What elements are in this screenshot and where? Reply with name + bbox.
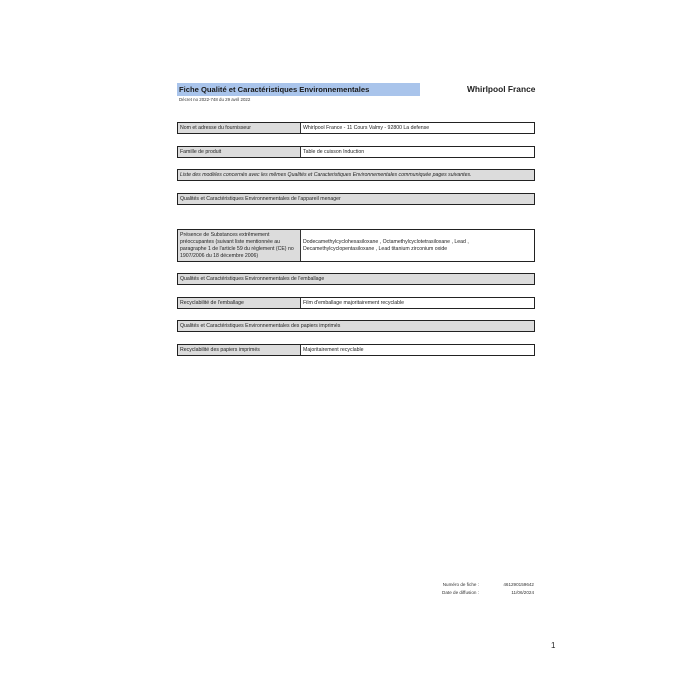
sheet-number-label: Numéro de fiche : [437,581,479,589]
packaging-section-header: Qualités et Caractéristiques Environneme… [177,273,535,285]
supplier-value: Whirlpool France - 11 Cours Valmy - 9280… [301,123,534,133]
decree-reference: Décret no 2022-748 du 29 avril 2022 [179,97,250,102]
substances-value: Dodecamethylcyclohexasiloxane , Octameth… [301,230,534,261]
packaging-label: Recyclabilité de l'emballage [178,298,301,308]
product-family-value: Table de cuisson Induction [301,147,534,157]
papers-label: Recyclabilité des papiers imprimés [178,345,301,355]
substances-row: Présence de Substances extrêmement préoc… [177,229,535,262]
supplier-row: Nom et adresse du fournisseur Whirlpool … [177,122,535,134]
footer-labels: Numéro de fiche : Date de diffusion : [437,581,479,597]
supplier-label: Nom et adresse du fournisseur [178,123,301,133]
papers-section-header: Qualités et Caractéristiques Environneme… [177,320,535,332]
papers-row: Recyclabilité des papiers imprimés Major… [177,344,535,356]
packaging-row: Recyclabilité de l'emballage Film d'emba… [177,297,535,309]
sheet-number-value: 461290159642 [483,581,534,589]
appliance-section-header: Qualités et Caractéristiques Environneme… [177,193,535,205]
document-title: Fiche Qualité et Caractéristiques Enviro… [177,83,420,96]
release-date-label: Date de diffusion : [437,589,479,597]
page-number: 1 [551,641,555,650]
footer-values: 461290159642 11/06/2024 [483,581,534,597]
product-family-label: Famille de produit [178,147,301,157]
product-family-row: Famille de produit Table de cuisson Indu… [177,146,535,158]
substances-label: Présence de Substances extrêmement préoc… [178,230,301,261]
models-note: Liste des modèles concernés avec les mêm… [177,169,535,181]
packaging-value: Film d'emballage majoritairement recycla… [301,298,534,308]
papers-value: Majoritairement recyclable [301,345,534,355]
brand-name: Whirlpool France [467,84,535,94]
release-date-value: 11/06/2024 [483,589,534,597]
